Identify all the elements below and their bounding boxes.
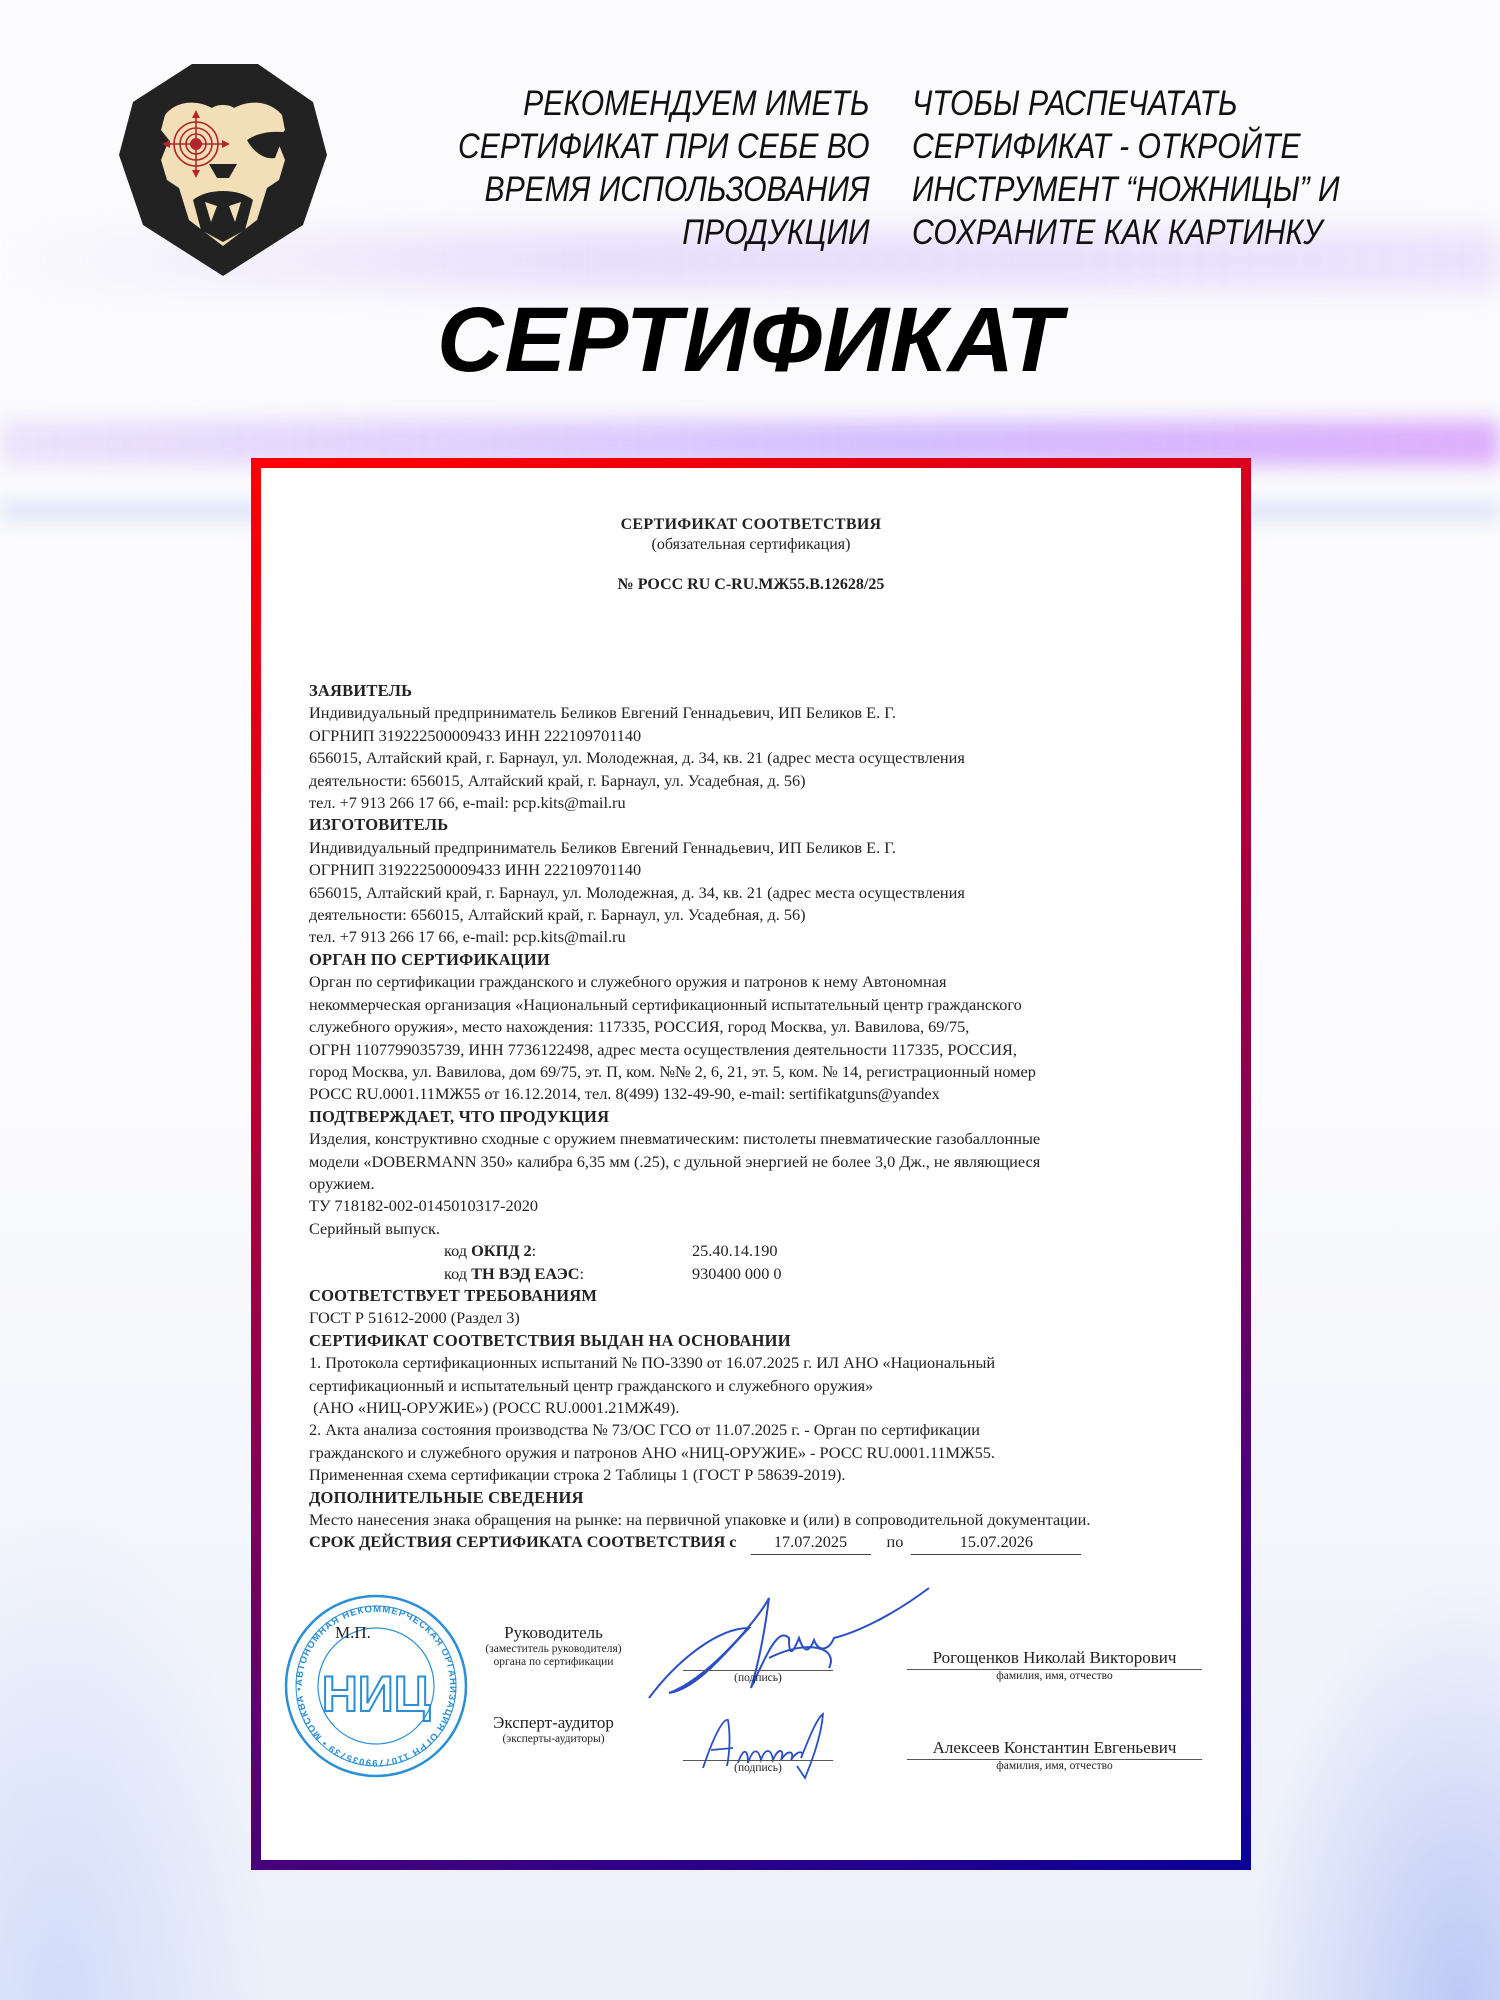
- certificate-frame: СЕРТИФИКАТ СООТВЕТСТВИЯ (обязательная се…: [251, 458, 1251, 1870]
- section-basis: СЕРТИФИКАТ СООТВЕТСТВИЯ ВЫДАН НА ОСНОВАН…: [309, 1330, 1215, 1487]
- certificate-subtitle: (обязательная сертификация): [261, 536, 1241, 554]
- auditor-role: Эксперт-аудитор (эксперты-аудиторы): [466, 1713, 641, 1746]
- tagline-print-instructions: ЧТОБЫ РАСПЕЧАТАТЬ СЕРТИФИКАТ - ОТКРОЙТЕ …: [912, 82, 1340, 254]
- code-tnved: код ТН ВЭД ЕАЭС: 930400 000 0: [309, 1263, 1215, 1285]
- head-signature-line: (подпись): [683, 1670, 833, 1684]
- head-role: Руководитель (заместитель руководителя) …: [466, 1623, 641, 1669]
- product-heading: ПОДТВЕРЖДАЕТ, ЧТО ПРОДУКЦИЯ: [309, 1106, 1215, 1128]
- auditor-name: Алексеев Константин Евгеньевич фамилия, …: [907, 1738, 1202, 1772]
- code-okpd2: код ОКПД 2: 25.40.14.190: [309, 1240, 1215, 1262]
- certificate-title: СЕРТИФИКАТ СООТВЕТСТВИЯ: [261, 516, 1241, 534]
- cert-body-heading: ОРГАН ПО СЕРТИФИКАЦИИ: [309, 949, 1215, 971]
- requirements-heading: СООТВЕТСТВУЕТ ТРЕБОВАНИЯМ: [309, 1285, 1215, 1307]
- svg-text:НИЦ: НИЦ: [322, 1666, 431, 1722]
- certificate-number: № РОСС RU С-RU.МЖ55.В.12628/25: [261, 576, 1241, 594]
- section-product: ПОДТВЕРЖДАЕТ, ЧТО ПРОДУКЦИЯ Изделия, кон…: [309, 1106, 1215, 1285]
- lion-logo-icon: [117, 60, 329, 278]
- head-signature-icon: [639, 1578, 939, 1708]
- stamp-place-label: М.П.: [335, 1623, 371, 1643]
- certificate-header: СЕРТИФИКАТ СООТВЕТСТВИЯ (обязательная се…: [261, 516, 1241, 594]
- manufacturer-heading: ИЗГОТОВИТЕЛЬ: [309, 814, 1215, 836]
- additional-heading: ДОПОЛНИТЕЛЬНЫЕ СВЕДЕНИЯ: [309, 1487, 1215, 1509]
- section-additional: ДОПОЛНИТЕЛЬНЫЕ СВЕДЕНИЯ Место нанесения …: [309, 1487, 1215, 1532]
- valid-from-date: 17.07.2025: [751, 1531, 871, 1554]
- certificate-document: СЕРТИФИКАТ СООТВЕТСТВИЯ (обязательная се…: [261, 468, 1241, 1860]
- official-stamp-icon: АВТОНОМНАЯ НЕКОММЕРЧЕСКАЯ ОРГАНИЗАЦИЯ ОГ…: [283, 1593, 469, 1779]
- head-name: Рогощенков Николай Викторович фамилия, и…: [907, 1648, 1202, 1682]
- auditor-signature-line: (подпись): [683, 1760, 833, 1774]
- certificate-body: ЗАЯВИТЕЛЬ Индивидуальный предприниматель…: [309, 680, 1215, 1555]
- applicant-heading: ЗАЯВИТЕЛЬ: [309, 680, 1215, 702]
- section-applicant: ЗАЯВИТЕЛЬ Индивидуальный предприниматель…: [309, 680, 1215, 814]
- tagline-carry-certificate: РЕКОМЕНДУЕМ ИМЕТЬ СЕРТИФИКАТ ПРИ СЕБЕ ВО…: [458, 82, 870, 254]
- validity-period: СРОК ДЕЙСТВИЯ СЕРТИФИКАТА СООТВЕТСТВИЯ с…: [309, 1531, 1215, 1554]
- valid-to-date: 15.07.2026: [911, 1531, 1081, 1554]
- section-cert-body: ОРГАН ПО СЕРТИФИКАЦИИ Орган по сертифика…: [309, 949, 1215, 1106]
- section-requirements: СООТВЕТСТВУЕТ ТРЕБОВАНИЯМ ГОСТ Р 51612-2…: [309, 1285, 1215, 1330]
- section-manufacturer: ИЗГОТОВИТЕЛЬ Индивидуальный предпринимат…: [309, 814, 1215, 948]
- basis-heading: СЕРТИФИКАТ СООТВЕТСТВИЯ ВЫДАН НА ОСНОВАН…: [309, 1330, 1215, 1352]
- page-title: СЕРТИФИКАТ: [0, 288, 1500, 393]
